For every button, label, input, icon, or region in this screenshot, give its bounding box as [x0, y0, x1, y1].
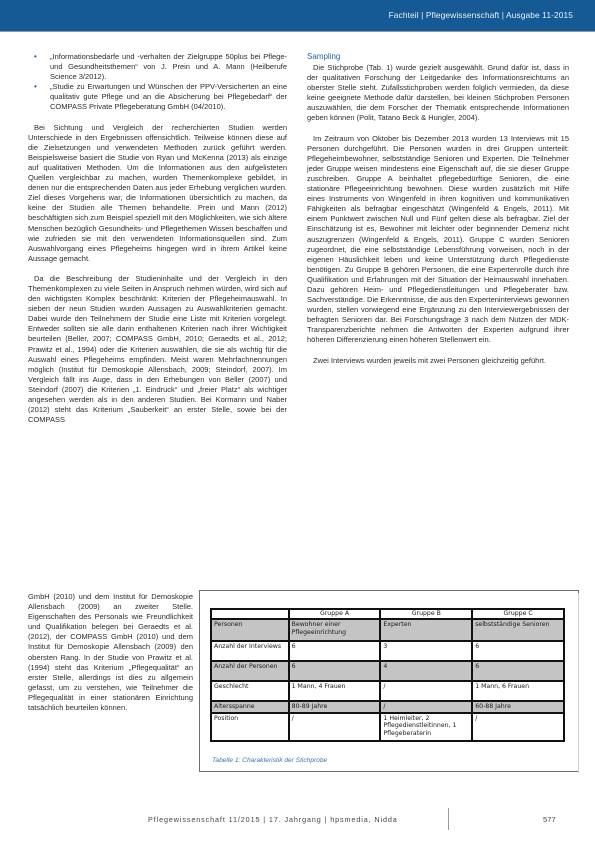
paragraph: Zwei Interviews wurden jeweils mit zwei …	[307, 356, 569, 366]
cell: 6	[472, 661, 564, 681]
header-cell: Gruppe A	[289, 609, 381, 619]
cell: 1 Mann, 4 Frauen	[289, 681, 381, 701]
source-list: „Informationsbedarfe und -verhalten der …	[28, 52, 287, 113]
table-row: Position / 1 Heimleiter, 2 Pflegedienstl…	[211, 713, 564, 741]
cell: 1 Heimleiter, 2 Pflegedienstleitinnen, 1…	[380, 713, 472, 741]
cell: 6	[289, 661, 381, 681]
footer-publication: Pflegewissenschaft 11/2015 | 17. Jahrgan…	[148, 815, 398, 824]
table-row: Personen Bewohner einer Pflegeeinrichtun…	[211, 619, 564, 641]
row-label: Anzahl der Interviews	[211, 641, 289, 661]
page-number: 577	[543, 815, 556, 824]
cell: /	[472, 713, 564, 741]
left-column: „Informationsbedarfe und -verhalten der …	[28, 52, 287, 435]
cell: Bewohner einer Pflegeeinrichtung	[289, 619, 381, 641]
row-label: Position	[211, 713, 289, 741]
row-label: Altersspanne	[211, 701, 289, 712]
cell: 4	[380, 661, 472, 681]
header-cell	[211, 609, 289, 619]
paragraph-continued: GmbH (2010) und dem Institut für Demosko…	[28, 592, 193, 713]
header-bar: Fachteil | Pflegewissenschaft | Ausgabe …	[0, 0, 595, 32]
running-title: Fachteil | Pflegewissenschaft | Ausgabe …	[389, 10, 573, 20]
paragraph: Da die Beschreibung der Studieninhalte u…	[28, 274, 287, 425]
table-header-row: Gruppe A Gruppe B Gruppe C	[211, 609, 564, 619]
cell: /	[380, 701, 472, 712]
row-label: Anzahl der Personen	[211, 661, 289, 681]
cell: 1 Mann, 6 Frauen	[472, 681, 564, 701]
list-item: „Studie zu Erwartungen und Wünschen der …	[28, 82, 287, 112]
cell: /	[380, 681, 472, 701]
cell: 80-89 Jahre	[289, 701, 381, 712]
right-column: Sampling Die Stichprobe (Tab. 1) wurde g…	[307, 52, 569, 376]
paragraph: Die Stichprobe (Tab. 1) wurde gezielt au…	[307, 63, 569, 124]
table-row: Geschlecht 1 Mann, 4 Frauen / 1 Mann, 6 …	[211, 681, 564, 701]
cell: /	[289, 713, 381, 741]
cell: Experten	[380, 619, 472, 641]
table-caption: Tabelle 1: Charakteristik der Stichprobe	[212, 757, 327, 764]
list-item: „Informationsbedarfe und -verhalten der …	[28, 52, 287, 82]
table-row: Altersspanne 80-89 Jahre / 60-88 Jahre	[211, 701, 564, 712]
paragraph: Im Zeitraum von Oktober bis Dezember 201…	[307, 134, 569, 346]
cell: 3	[380, 641, 472, 661]
section-heading: Sampling	[307, 52, 569, 62]
table-figure: Gruppe A Gruppe B Gruppe C Personen Bewo…	[199, 590, 579, 772]
cell: 6	[289, 641, 381, 661]
cell: selbstständige Senioren	[472, 619, 564, 641]
header-cell: Gruppe B	[380, 609, 472, 619]
table-row: Anzahl der Personen 6 4 6	[211, 661, 564, 681]
footer-divider	[448, 808, 449, 830]
row-label: Personen	[211, 619, 289, 641]
header-cell: Gruppe C	[472, 609, 564, 619]
table-row: Anzahl der Interviews 6 3 6	[211, 641, 564, 661]
paragraph: Bei Sichtung und Vergleich der recherchi…	[28, 123, 287, 264]
row-label: Geschlecht	[211, 681, 289, 701]
cell: 6	[472, 641, 564, 661]
sample-table: Gruppe A Gruppe B Gruppe C Personen Bewo…	[210, 608, 565, 742]
cell: 60-88 Jahre	[472, 701, 564, 712]
